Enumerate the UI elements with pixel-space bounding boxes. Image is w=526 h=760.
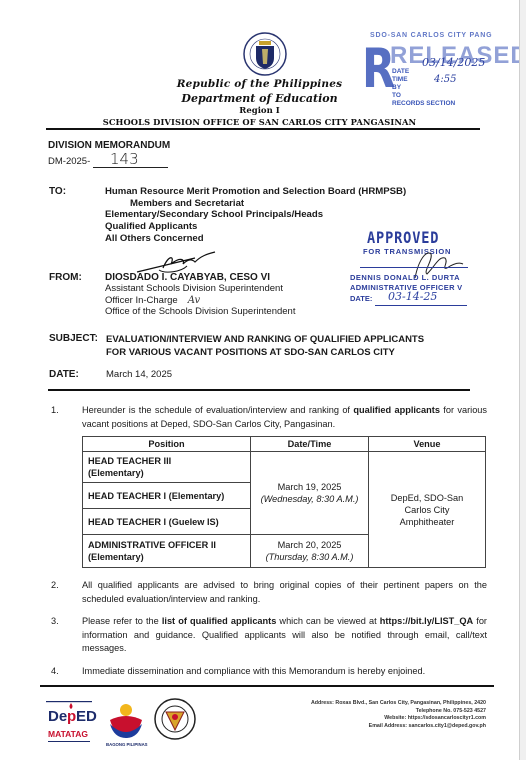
- venue-text: Amphitheater: [374, 516, 480, 528]
- paragraph-3: Please refer to the list of qualified ap…: [82, 615, 487, 656]
- bagong-pilipinas-logo-icon: BAGONG PILIPINAS: [104, 698, 148, 748]
- memo-date: March 14, 2025: [106, 369, 172, 380]
- position-cell: HEAD TEACHER I (Guelew IS): [83, 509, 251, 535]
- office-heading: SCHOOLS DIVISION OFFICE OF SAN CARLOS CI…: [0, 117, 519, 127]
- datetime-cell: March 19, 2025(Wednesday, 8:30 A.M.): [251, 452, 369, 535]
- paragraph-1: Hereunder is the schedule of evaluation/…: [82, 404, 487, 431]
- item-number: 1.: [51, 405, 59, 415]
- approved-date-line: [375, 305, 467, 306]
- body-divider: [48, 389, 470, 391]
- to-label: TO:: [49, 186, 66, 197]
- text: Hereunder is the schedule of evaluation/…: [82, 405, 353, 415]
- recipient: Members and Secretariat: [105, 198, 406, 210]
- memorandum-page: Republic of the Philippines Department o…: [0, 0, 519, 760]
- stamp-time: 4:55: [434, 74, 456, 85]
- column-header: Date/Time: [251, 437, 369, 452]
- text: Please refer to the: [82, 616, 162, 626]
- svg-text:p: p: [67, 708, 76, 725]
- position-text: (Elementary): [88, 551, 245, 563]
- approved-stamp: APPROVED FOR TRANSMISSION DENNIS DONALD …: [345, 228, 475, 308]
- sdo-san-carlos-seal-icon: [154, 698, 196, 740]
- day-text: (Wednesday, 8:30 A.M.): [256, 493, 363, 505]
- approved-line: [360, 267, 468, 268]
- stamp-row: BY: [392, 84, 455, 92]
- approved-date: 03-14-25: [388, 290, 437, 303]
- position-text: HEAD TEACHER III: [88, 455, 245, 467]
- position-text: (Elementary): [88, 467, 245, 479]
- released-stamp: SDO-SAN CARLOS CITY PANG R RELEASED DATE…: [362, 28, 512, 108]
- paragraph-2: All qualified applicants are advised to …: [82, 579, 487, 606]
- initials: Av: [188, 295, 200, 306]
- subject-label: SUBJECT:: [49, 333, 98, 344]
- office-website[interactable]: Website: https://sdosancarloscityr1.com: [311, 715, 486, 723]
- sender-name: DIOSDADO I. CAYABYAB, CESO VI: [105, 272, 295, 283]
- approved-title: APPROVED: [367, 228, 439, 247]
- table-header-row: Position Date/Time Venue: [83, 437, 486, 452]
- venue-text: DepEd, SDO-San: [374, 492, 480, 504]
- paragraph-4: Immediate dissemination and compliance w…: [82, 665, 487, 679]
- approver-name: DENNIS DONALD L. DURTA: [350, 273, 460, 282]
- emphasis: qualified applicants: [353, 405, 440, 415]
- position-text: HEAD TEACHER I (Elementary): [88, 490, 245, 502]
- qualified-list-link[interactable]: https://bit.ly/LIST_QA: [380, 616, 473, 626]
- venue-text: Carlos City: [374, 504, 480, 516]
- datetime-cell: March 20, 2025(Thursday, 8:30 A.M.): [251, 535, 369, 568]
- item-number: 3.: [51, 616, 59, 626]
- from-block: DIOSDADO I. CAYABYAB, CESO VI Assistant …: [105, 272, 295, 317]
- subject-text: EVALUATION/INTERVIEW AND RANKING OF QUAL…: [106, 333, 424, 359]
- svg-text:De: De: [48, 708, 67, 725]
- approved-date-label: DATE:: [350, 294, 372, 303]
- svg-text:ED: ED: [76, 708, 97, 725]
- footer-divider: [40, 685, 494, 687]
- office-telephone: Telephone No. 075-523 4527: [311, 708, 486, 716]
- sender-office: Office of the Schools Division Superinte…: [105, 306, 295, 317]
- day-text: (Thursday, 8:30 A.M.): [256, 551, 363, 563]
- office-email[interactable]: Email Address: sancarlos.city1@deped.gov…: [311, 723, 486, 731]
- deped-seal-icon: [243, 32, 287, 76]
- table-row: HEAD TEACHER III(Elementary) March 19, 2…: [83, 452, 486, 483]
- sender-oic: Officer In-ChargeAv: [105, 295, 295, 306]
- memo-number-prefix: DM-2025-: [48, 156, 90, 167]
- schedule-table: Position Date/Time Venue HEAD TEACHER II…: [82, 436, 486, 568]
- header-divider: [46, 128, 480, 130]
- deped-matatag-logo-icon: De p ED MATATAG: [44, 699, 99, 747]
- subject-line: FOR VARIOUS VACANT POSITIONS AT SDO-SAN …: [106, 346, 424, 359]
- date-text: March 20, 2025: [256, 539, 363, 551]
- svg-text:MATATAG: MATATAG: [48, 729, 88, 739]
- stamp-row: TO: [392, 92, 455, 100]
- recipient: Elementary/Secondary School Principals/H…: [105, 209, 406, 221]
- emphasis: list of qualified applicants: [162, 616, 276, 626]
- stamp-row: RECORDS SECTION: [392, 100, 455, 108]
- venue-cell: DepEd, SDO-SanCarlos CityAmphitheater: [369, 452, 486, 568]
- svg-text:BAGONG PILIPINAS: BAGONG PILIPINAS: [106, 742, 148, 747]
- column-header: Venue: [369, 437, 486, 452]
- column-header: Position: [83, 437, 251, 452]
- office-address: Address: Roxas Blvd., San Carlos City, P…: [311, 700, 486, 708]
- date-text: March 19, 2025: [256, 481, 363, 493]
- from-label: FROM:: [49, 272, 82, 283]
- stamp-date: 03/14/2025: [422, 56, 485, 69]
- position-text: HEAD TEACHER I (Guelew IS): [88, 516, 245, 528]
- position-cell: HEAD TEACHER I (Elementary): [83, 483, 251, 509]
- position-text: ADMINISTRATIVE OFFICER II: [88, 539, 245, 551]
- text: which can be viewed at: [276, 616, 379, 626]
- page-edge: [519, 0, 526, 760]
- memo-number: 143: [110, 150, 139, 168]
- position-cell: ADMINISTRATIVE OFFICER II(Elementary): [83, 535, 251, 568]
- item-number: 2.: [51, 580, 59, 590]
- subject-line: EVALUATION/INTERVIEW AND RANKING OF QUAL…: [106, 333, 424, 346]
- office-contact-info: Address: Roxas Blvd., San Carlos City, P…: [311, 700, 486, 730]
- date-label: DATE:: [49, 369, 79, 380]
- item-number: 4.: [51, 666, 59, 676]
- recipient: Human Resource Merit Promotion and Selec…: [105, 186, 406, 198]
- position-cell: HEAD TEACHER III(Elementary): [83, 452, 251, 483]
- sender-title: Assistant Schools Division Superintenden…: [105, 283, 295, 294]
- sender-oic-text: Officer In-Charge: [105, 295, 178, 306]
